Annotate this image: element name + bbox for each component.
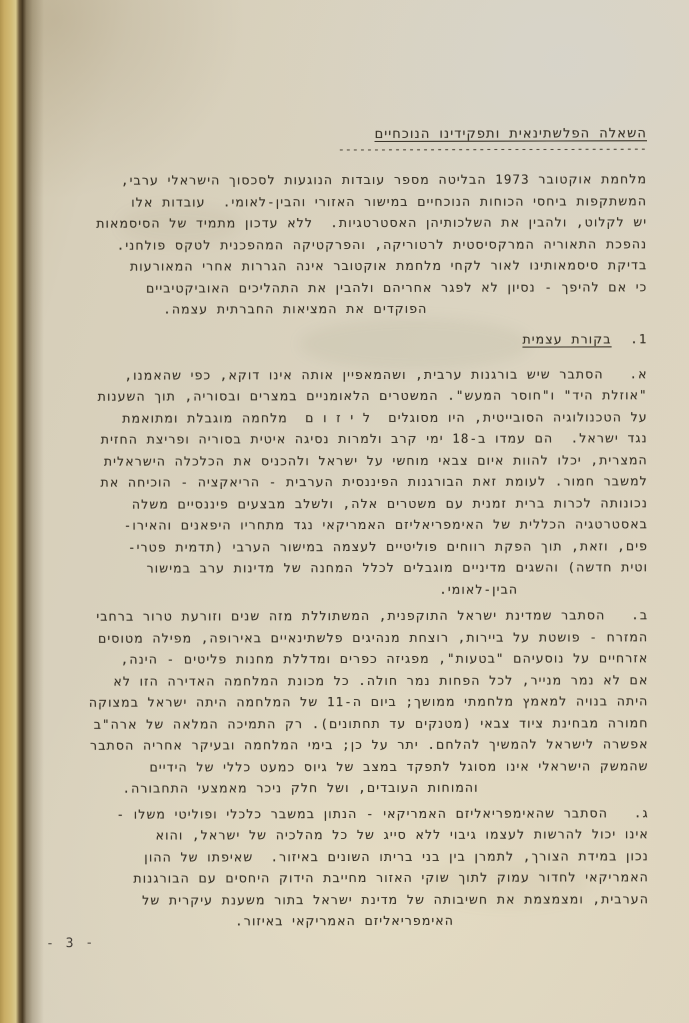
text-line: ג. הסתבר שהאימפריאליזם האמריקאי - הנתון …: [76, 802, 649, 825]
text-line: נכון במידת הצורך, לתמרן בין בני בריתו הש…: [76, 845, 649, 868]
text-line: אזרחיים על נוסעיהם "בטעות", מפגיזה כפרים…: [75, 647, 648, 670]
text-line: וטית חדשה) והשגים מדיניים מוגבלים לכלל ה…: [75, 556, 648, 579]
paragraph-gimel: ג. הסתבר שהאימפריאליזם האמריקאי - הנתון …: [76, 802, 649, 932]
text-line: חמורה מבחינת ציוד צבאי (מטנקים עד תחתוני…: [75, 712, 648, 735]
text-line: א. הסתבר שיש בורגנות ערבית, ושהמאפיין או…: [75, 363, 648, 386]
text-line: על הטכנולוגיה הסובייטית, היו מסוגלים ל י…: [75, 406, 648, 429]
document-title: השאלה הפלשתינאית ותפקידינו הנוכחיים: [74, 126, 647, 144]
page-number: - 3 -: [46, 936, 95, 952]
title-dashed-underline: ----------------------------------------…: [74, 144, 647, 156]
text-line: המשתקפות ביחסי הכוחות הנוכחיים במישור הא…: [74, 190, 647, 213]
text-line: נכונותה לכרות ברית זמנית עם משטרים אלה, …: [75, 492, 648, 515]
text-line: הבין-לאומי.: [75, 578, 648, 601]
text-line: האימפריאליזם האמריקאי באיזור.: [76, 909, 649, 932]
text-line: אפשרה לישראל להמשיך להלחם. יתר על כן; בי…: [76, 733, 649, 756]
text-line: כי אם להיפך - נסיון לא לפגר אחריהם ולהבי…: [74, 276, 647, 299]
scanned-document-page: השאלה הפלשתינאית ותפקידינו הנוכחיים ----…: [0, 0, 689, 1023]
paragraph-intro: מלחמת אוקטובר 1973 הבליטה מספר עובדות הנ…: [74, 168, 647, 320]
paragraph-bet: ב. הסתבר שמדינת ישראל התוקפנית, המשתוללת…: [75, 604, 649, 799]
text-line: היתה בנויה למאמץ מלחמתי ממושך; ביום ה-11…: [75, 690, 648, 713]
text-line: אם לא נמר מנייר, לכל הפחות נמר חולה. כל …: [75, 669, 648, 692]
text-line: נגד ישראל. הם עמדו ב-18 ימי קרב ולמרות נ…: [75, 427, 648, 450]
text-line: הפוקדים את המציאות החברתית עצמה.: [74, 297, 647, 320]
document-body: השאלה הפלשתינאית ותפקידינו הנוכחיים ----…: [74, 126, 649, 932]
text-line: פים, וזאת, תוך הפקת רווחים פוליטיים לעצמ…: [75, 535, 648, 558]
paragraph-aleph: א. הסתבר שיש בורגנות ערבית, ושהמאפיין או…: [75, 363, 649, 601]
text-line: הערבית, ומצמצמת את חשיבותה של מדינת ישרא…: [76, 888, 649, 911]
text-line: והמוחות העובדים, ושל חלק ניכר מאמצעי התח…: [76, 776, 649, 799]
text-line: מלחמת אוקטובר 1973 הבליטה מספר עובדות הנ…: [74, 168, 647, 191]
text-line: אינו יכול להרשות לעצמו גיבוי ללא סייג של…: [76, 823, 649, 846]
text-line: האמריקאי לחדור עמוק לתוך שוקי האזור מחיי…: [76, 866, 649, 889]
text-line: למשבר חמור. לעומת זאת הבורגנות הפיננסית …: [75, 470, 648, 493]
section-number: 1.: [630, 331, 647, 346]
text-line: ב. הסתבר שמדינת ישראל התוקפנית, המשתוללת…: [75, 604, 648, 627]
page-binding-edge: [0, 0, 44, 1023]
text-line: בדיקת סיסמאותינו לאור לקחי מלחמת אוקטובר…: [74, 254, 647, 277]
text-line: נהפכת התאוריה המרקסיסטית לרטוריקה, והפרק…: [74, 233, 647, 256]
text-line: באסטרטגיה הכללית של האימפריאליזם האמריקא…: [75, 513, 648, 536]
section-heading-self-criticism: 1. בקורת עצמית: [74, 331, 647, 349]
text-line: המזרח - פושטת על ביירות, רוצחת מנהיגים פ…: [75, 626, 648, 649]
section-title: בקורת עצמית: [522, 331, 611, 346]
text-line: "אוזלת היד" ו"חוסר המעש". המשטרים הלאומנ…: [75, 384, 648, 407]
text-line: המצרית, יכלו להוות איום צבאי מוחשי על יש…: [75, 449, 648, 472]
text-line: שהמשק הישראלי אינו מסוגל לתפקד במצב של ג…: [76, 755, 649, 778]
text-line: יש לקלוט, ולהבין את השלכותיהן האסטרטגיות…: [74, 211, 647, 234]
